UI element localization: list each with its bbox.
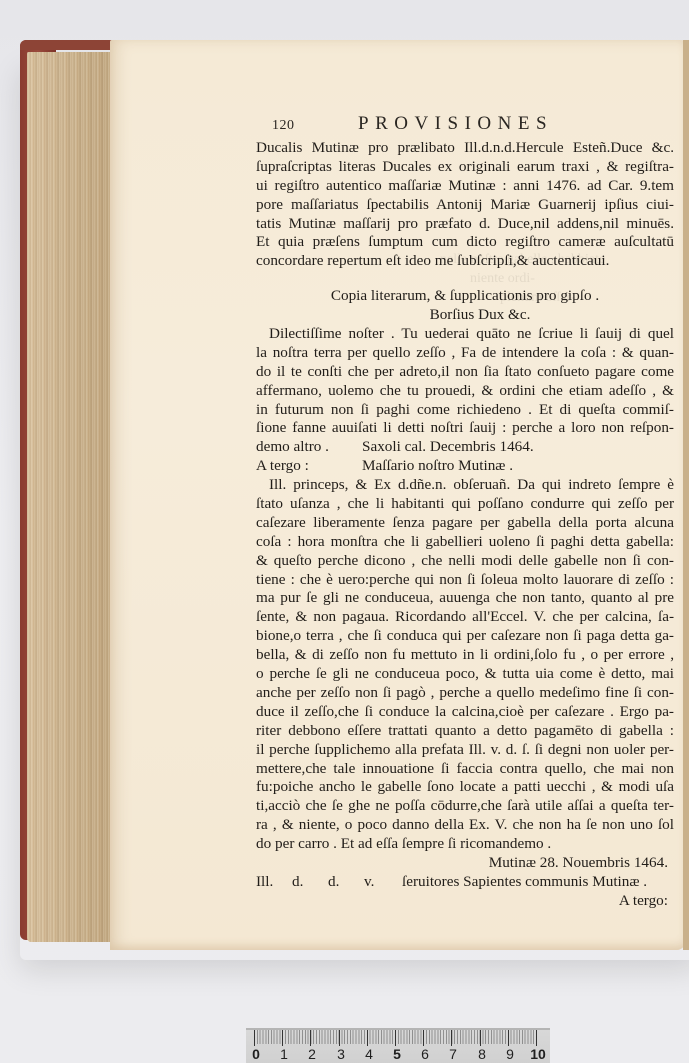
text-line: la noſtra terra per quello zeſſo , Fa de… — [256, 344, 674, 363]
text-line: do per carro . Et ad eſſa ſempre ſi rico… — [256, 835, 674, 854]
page-header: 120 PROVISIONES — [272, 113, 672, 137]
a-tergo-address: Maſſario noſtro Mutinæ . — [362, 457, 513, 474]
paragraph-gap — [256, 271, 674, 287]
letter-salutation: Borſius Dux &c. — [256, 306, 674, 325]
signature-abbrev: d. — [292, 873, 328, 892]
ruler-major-tick — [310, 1030, 311, 1046]
text-line: riter debbono eſſere trattati quanto a d… — [256, 722, 674, 741]
ruler-label: 9 — [506, 1046, 514, 1062]
paragraph-notarial-attestation: Ducalis Mutinæ pro prælibato Ill.d.n.d.H… — [256, 139, 674, 271]
a-tergo-label: A tergo : — [256, 457, 362, 476]
ruler-major-tick — [339, 1030, 340, 1046]
text-line: mettere,che tale innouatione ſi faccia c… — [256, 760, 674, 779]
signature-text: ſeruitores Sapientes communis Mutinæ . — [402, 873, 647, 890]
text-line: in futurum non ſi paghi come richiedeno … — [256, 401, 674, 420]
text-line: ui regiſtro autentico maſſariæ Mutinæ : … — [256, 177, 674, 196]
ruler-label: 3 — [337, 1046, 345, 1062]
page-body: Ducalis Mutinæ pro prælibato Ill.d.n.d.H… — [256, 139, 674, 911]
a-tergo-label: A tergo: — [256, 892, 674, 911]
letter-date: Mutinæ 28. Nouembris 1464. — [256, 854, 674, 873]
page-gutter-edge — [683, 40, 689, 950]
text-line: o perche ſe gli ne conduceua poco, & tut… — [256, 665, 674, 684]
text-line: ſente, & non pagaua. Ricordando all'Ecce… — [256, 608, 674, 627]
text-line: duce il zeſſo,che ſi conduce la calcina,… — [256, 703, 674, 722]
signature-abbrev: v. — [364, 873, 402, 892]
ruler-label: 2 — [308, 1046, 316, 1062]
text-line: & queſto perche dicono , che nelli modi … — [256, 552, 674, 571]
letter-ducal: Dilectiſſime noſter . Tu uederai quāto n… — [256, 325, 674, 476]
text-line: bione,o terra , che ſi conduca qui per c… — [256, 627, 674, 646]
text-line: Dilectiſſime noſter . Tu uederai quāto n… — [256, 325, 674, 344]
letter-date: Saxoli cal. Decembris 1464. — [362, 438, 534, 455]
ruler-label: 8 — [478, 1046, 486, 1062]
text-line: il perche ſupplichemo alla prefata Ill. … — [256, 741, 674, 760]
text-line: fu:poiche ancho le gabelle ſono locate a… — [256, 778, 674, 797]
text-line: coſa : hora monſtra che li gabellieri uo… — [256, 533, 674, 552]
ruler-label: 7 — [449, 1046, 457, 1062]
text-line: tatis Mutinæ maſſarij pro præfato d. Duc… — [256, 215, 674, 234]
ruler-major-tick — [423, 1030, 424, 1046]
page-number: 120 — [272, 118, 295, 134]
book-cover-top — [20, 40, 120, 50]
ruler-label: 0 — [252, 1046, 260, 1062]
text-line: ra , & niente, o poco danno della Ex. V.… — [256, 816, 674, 835]
signature-abbrev: Ill. — [256, 873, 292, 892]
measurement-ruler: 0 1 2 3 4 5 6 7 8 9 10 — [246, 1028, 550, 1063]
text-line: tiene : che è uero:perche qui non ſi ſol… — [256, 571, 674, 590]
ruler-major-tick — [367, 1030, 368, 1046]
letter-closing: demo altro .Saxoli cal. Decembris 1464. — [256, 438, 674, 457]
ruler-label: 4 — [365, 1046, 373, 1062]
text-line: do il te conſti che per adreto,il non ſi… — [256, 363, 674, 382]
text-line: ti,acciò che ſe ghe ne poſſa cōdurre,che… — [256, 797, 674, 816]
letter-signature: Ill.d.d.v.ſeruitores Sapientes communis … — [256, 873, 674, 892]
letter-supplication: Ill. princeps, & Ex d.dñe.n. obſeruañ. D… — [256, 476, 674, 910]
text-line: ma pur ſe gli ne conduceua, auuenga che … — [256, 589, 674, 608]
text-line: pore maſſariatus ſpectabilis Antonij Mar… — [256, 196, 674, 215]
ruler-label: 1 — [280, 1046, 288, 1062]
text-line: bella, & di zeſſo non fu mettuto in li o… — [256, 646, 674, 665]
ruler-major-tick — [395, 1030, 396, 1046]
ruler-label: 6 — [421, 1046, 429, 1062]
section-heading: Copia literarum, & ſupplicationis pro gi… — [256, 287, 674, 306]
text-line: Ducalis Mutinæ pro prælibato Ill.d.n.d.H… — [256, 139, 674, 158]
text-line: affermano, uolemo che tu prouedi, & ordi… — [256, 382, 674, 401]
text-line: Et quia præſens ſumptum cum dicto regiſt… — [256, 233, 674, 252]
text-line: caſezare liberamente ſenza pagare per ga… — [256, 514, 674, 533]
ruler-major-tick — [536, 1030, 537, 1046]
ruler-label: 10 — [530, 1046, 546, 1062]
ruler-label: 5 — [393, 1046, 401, 1062]
text-line: concordare repertum eſt ideo me ſubſcrip… — [256, 252, 674, 271]
running-head: PROVISIONES — [358, 113, 553, 135]
text-line: ſtato uſanza , che li habitanti qui poſſ… — [256, 495, 674, 514]
text-line: Ill. princeps, & Ex d.dñe.n. obſeruañ. D… — [256, 476, 674, 495]
book-page-edges — [27, 52, 112, 942]
ruler-major-tick — [451, 1030, 452, 1046]
signature-abbrev: d. — [328, 873, 364, 892]
letter-address: A tergo :Maſſario noſtro Mutinæ . — [256, 457, 674, 476]
text-line: ſupraſcriptas literas Ducales ex origina… — [256, 158, 674, 177]
ruler-labels: 0 1 2 3 4 5 6 7 8 9 10 — [246, 1046, 550, 1063]
ruler-major-tick — [254, 1030, 255, 1046]
ruler-major-tick — [508, 1030, 509, 1046]
closing-text: demo altro . — [256, 438, 362, 457]
text-line: ſione fanne auuiſati li detti noſtri ſau… — [256, 419, 674, 438]
text-line: anche per zeſſo non ſi pagò , perche a q… — [256, 684, 674, 703]
ruler-major-tick — [480, 1030, 481, 1046]
ruler-major-tick — [282, 1030, 283, 1046]
